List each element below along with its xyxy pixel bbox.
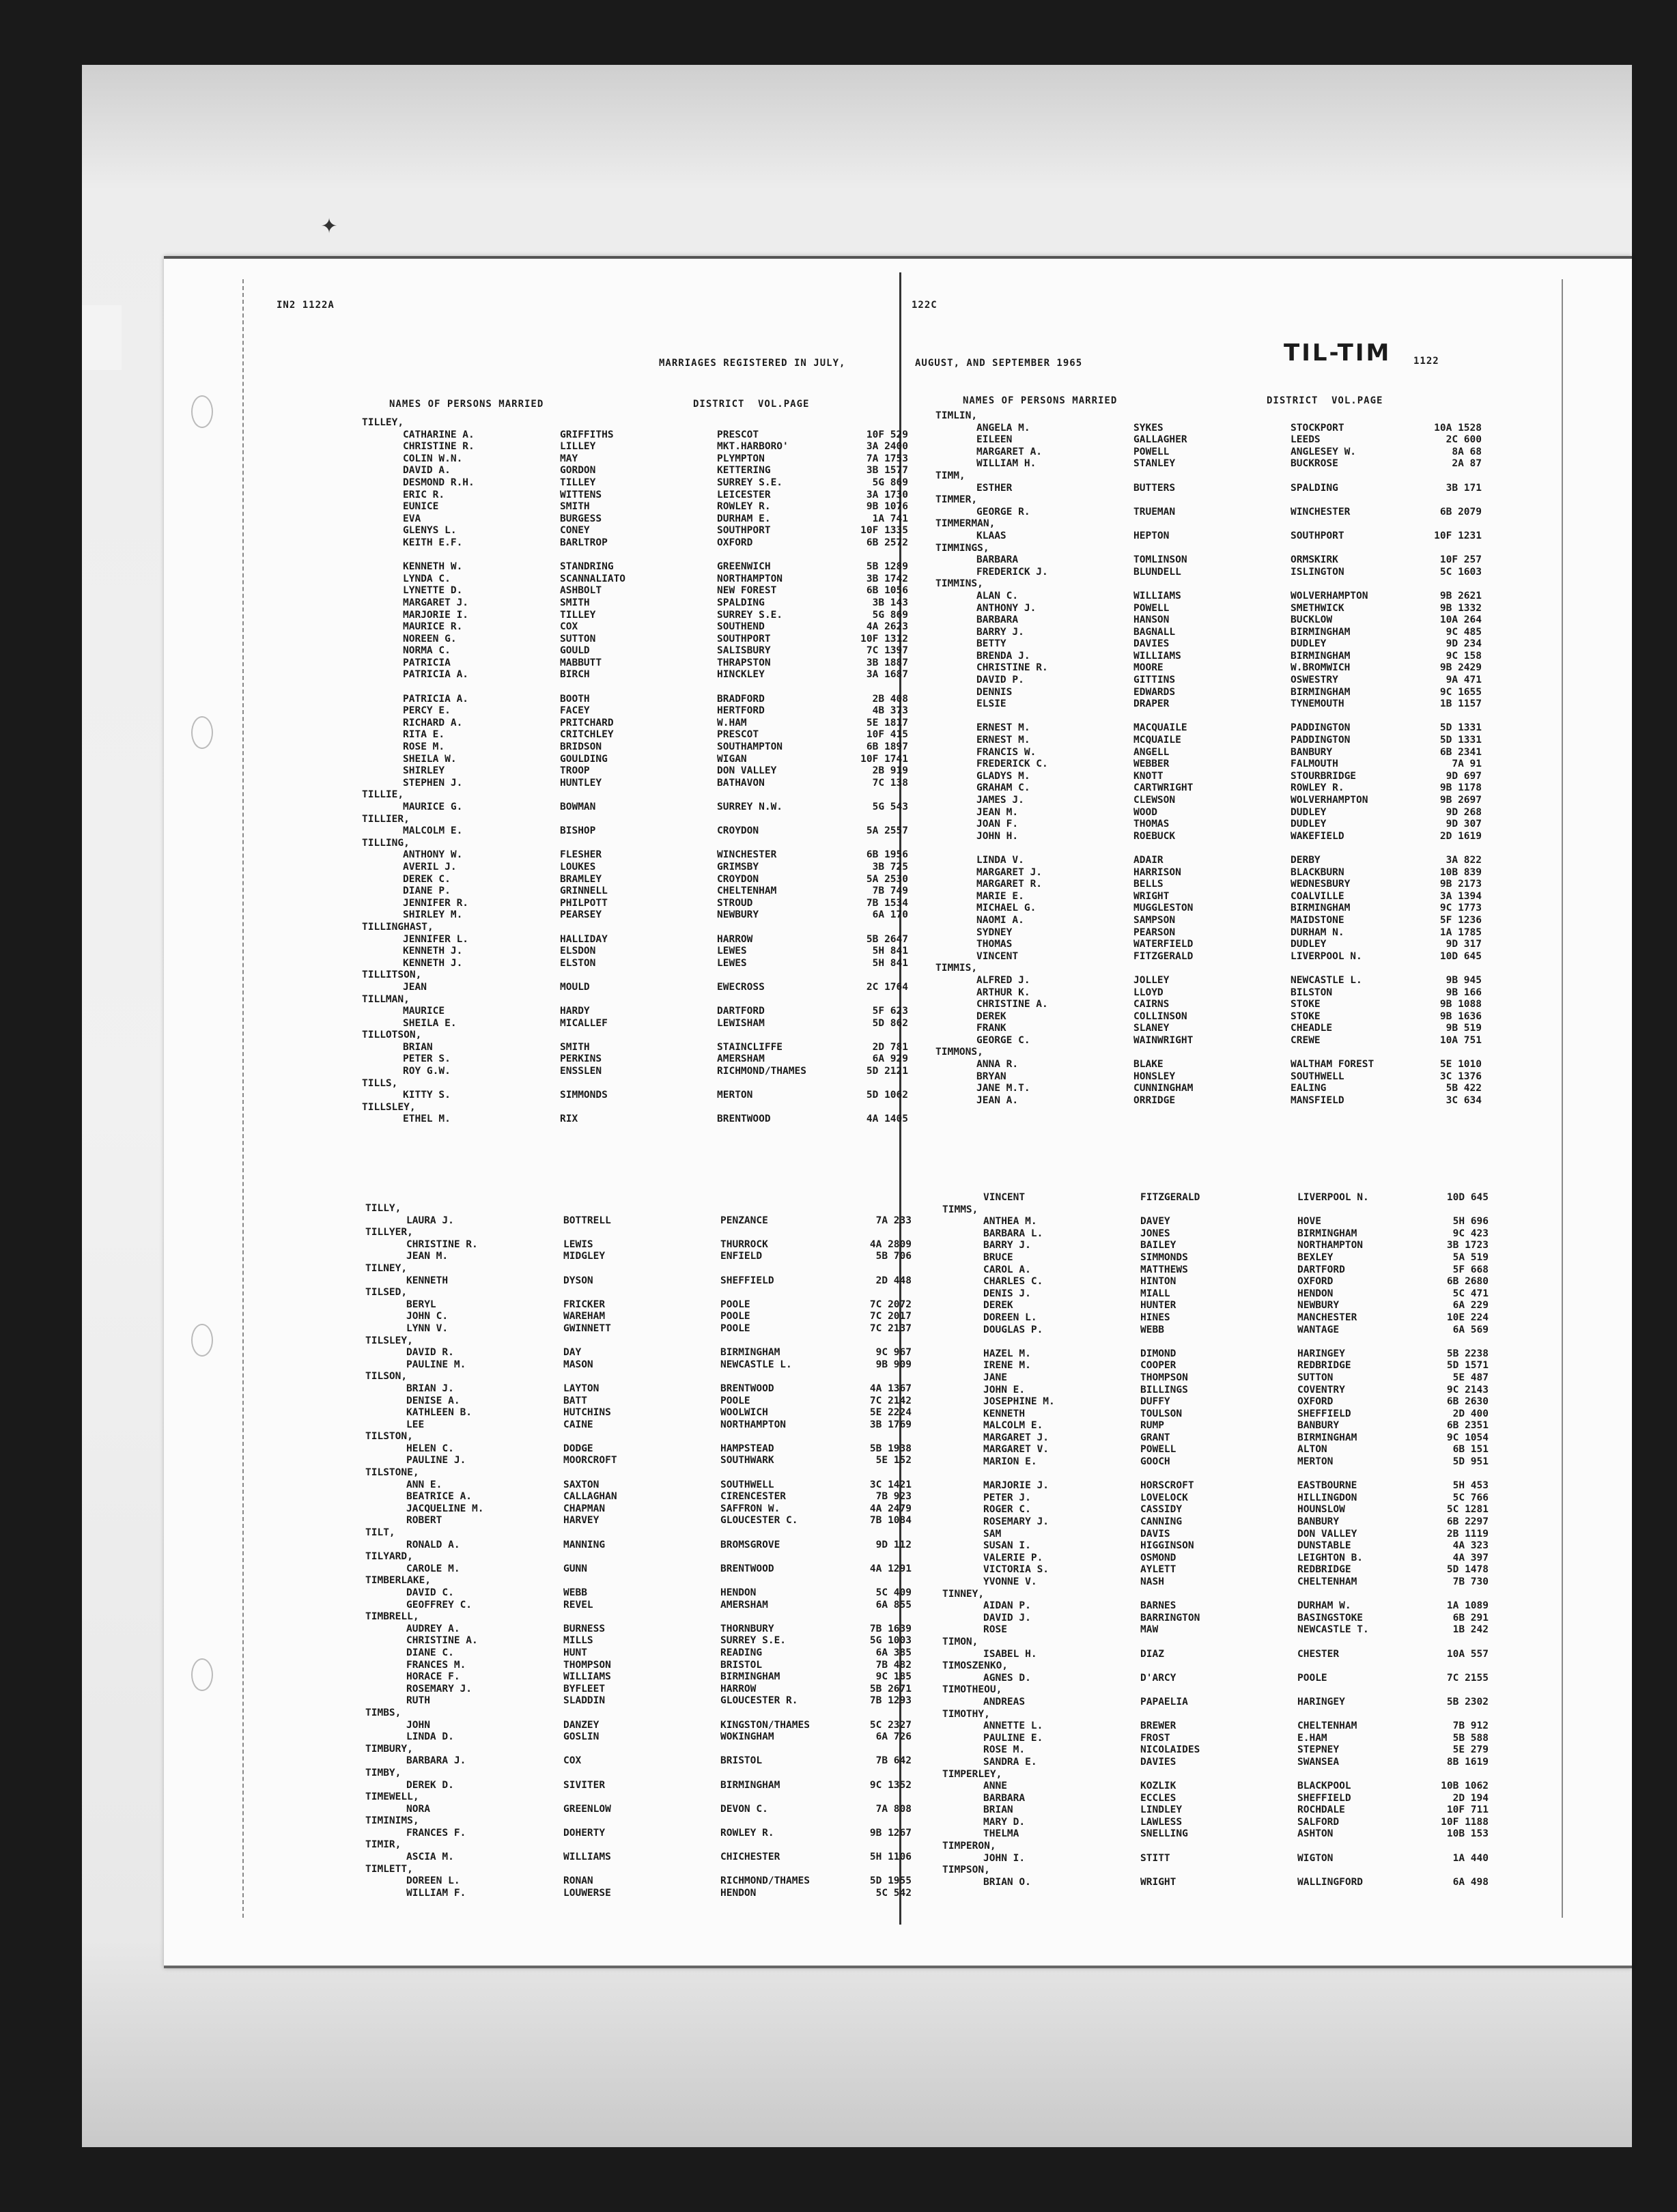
col-header-volpage-left: VOL.PAGE <box>758 399 809 410</box>
vol-page: 7B 642 <box>843 1755 912 1768</box>
vol-page: 2B 1119 <box>1420 1529 1489 1541</box>
district: BRENTWOOD <box>720 1383 774 1395</box>
spouse-surname: SCANNALIATO <box>560 573 625 586</box>
vol-page: 9C 1773 <box>1413 903 1482 915</box>
district: HARINGEY <box>1297 1697 1345 1709</box>
vol-page: 2B 919 <box>840 765 908 778</box>
first-name: PATRICIA A. <box>403 669 468 681</box>
district: SURREY S.E. <box>720 1635 786 1647</box>
vol-page: 7A 91 <box>1413 758 1482 771</box>
district: NEWBURY <box>717 909 759 922</box>
district: OSWESTRY <box>1291 675 1338 687</box>
vol-page: 7C 2142 <box>843 1395 912 1408</box>
first-name: EVA <box>403 513 421 526</box>
vol-page: 6A 726 <box>843 1731 912 1744</box>
marriage-entry: BEATRICE A.CALLAGHANCIRENCESTER7B 923 <box>365 1491 912 1503</box>
first-name: ANTHONY J. <box>976 603 1036 615</box>
spouse-surname: COOPER <box>1140 1360 1176 1372</box>
first-name: ASCIA M. <box>406 1852 454 1864</box>
first-name: ARTHUR K. <box>976 987 1030 999</box>
district: CHICHESTER <box>720 1852 780 1864</box>
surname-heading: TIMBERLAKE, <box>365 1575 912 1587</box>
district: COVENTRY <box>1297 1385 1345 1397</box>
col-header-names-left: NAMES OF PERSONS MARRIED <box>389 399 544 410</box>
spouse-surname: THOMPSON <box>563 1660 611 1672</box>
vol-page: 7C 1397 <box>840 645 908 657</box>
district: NORTHAMPTON <box>717 573 783 586</box>
marriage-entry: VINCENTFITZGERALDLIVERPOOL N.10D 645 <box>942 1192 1489 1204</box>
district: STEPNEY <box>1297 1744 1339 1757</box>
spouse-surname: HARDY <box>560 1006 590 1018</box>
district: POOLE <box>720 1395 750 1408</box>
col-header-district-right: DISTRICT <box>1267 395 1318 406</box>
surname-heading: TILLS, <box>362 1078 908 1090</box>
district: FALMOUTH <box>1291 758 1338 771</box>
marriage-entry: ANGELA M.SYKESSTOCKPORT10A 1528 <box>935 423 1482 435</box>
first-name: COLIN W.N. <box>403 453 462 466</box>
marriage-entry: DESMOND R.H.TILLEYSURREY S.E.5G 869 <box>362 477 908 490</box>
spouse-surname: MUGGLESTON <box>1133 903 1193 915</box>
district: BASINGSTOKE <box>1297 1613 1363 1625</box>
marriage-entry: THELMASNELLINGASHTON10B 153 <box>942 1828 1489 1841</box>
marriage-entry: FRANCIS W.ANGELLBANBURY6B 2341 <box>935 747 1482 759</box>
col-header-volpage-right: VOL.PAGE <box>1331 395 1383 406</box>
surname: TILNEY, <box>365 1263 407 1275</box>
first-name: LAURA J. <box>406 1215 454 1228</box>
spouse-surname: DAVIS <box>1140 1529 1170 1541</box>
first-name: DOUGLAS P. <box>983 1324 1043 1337</box>
first-name: CATHARINE A. <box>403 429 475 442</box>
vol-page: 9B 2429 <box>1413 662 1482 675</box>
vol-page: 8B 1619 <box>1420 1757 1489 1769</box>
spouse-surname: ANGELL <box>1133 747 1169 759</box>
first-name: PETER S. <box>403 1053 451 1066</box>
district: SHEFFIELD <box>1297 1793 1351 1805</box>
spouse-surname: LILLEY <box>560 441 595 453</box>
spouse-surname: ROEBUCK <box>1133 831 1175 843</box>
surname: TILT, <box>365 1527 395 1540</box>
district: BUCKLOW <box>1291 614 1332 627</box>
vol-page: 5B 422 <box>1413 1083 1482 1095</box>
range-title: TIL-TIM <box>1284 339 1391 367</box>
surname-heading: TIMM, <box>935 470 1482 483</box>
spouse-surname: GRIFFITHS <box>560 429 614 442</box>
district: SALFORD <box>1297 1817 1339 1829</box>
surname-heading: TILSTON, <box>365 1431 912 1443</box>
spouse-surname: BILLINGS <box>1140 1385 1188 1397</box>
marriage-entry: LYNN V.GWINNETTPOOLE7C 2137 <box>365 1323 912 1335</box>
marriage-entry: GEORGE C.WAINWRIGHTCREWE10A 751 <box>935 1035 1482 1047</box>
first-name: KENNETH <box>406 1275 448 1288</box>
vol-page: 7B 749 <box>840 885 908 898</box>
vol-page: 9C 1054 <box>1420 1432 1489 1445</box>
surname-heading: TILNEY, <box>365 1263 912 1275</box>
marriage-entry: GEORGE R.TRUEMANWINCHESTER6B 2079 <box>935 507 1482 519</box>
vol-page: 9C 185 <box>843 1671 912 1684</box>
surname-heading: TIMON, <box>942 1636 1489 1649</box>
surname-heading: TIMEWELL, <box>365 1791 912 1804</box>
first-name: GEOFFREY C. <box>406 1600 472 1612</box>
vol-page: 5D 2121 <box>840 1066 908 1078</box>
first-name: SHEILA E. <box>403 1018 457 1030</box>
marriage-entry: BRUCESIMMONDSBEXLEY5A 519 <box>942 1252 1489 1264</box>
spouse-surname: BAILEY <box>1140 1240 1176 1252</box>
vol-page: 5D 1331 <box>1413 722 1482 735</box>
surname: TIMMS, <box>942 1204 978 1217</box>
title-right: AUGUST, AND SEPTEMBER 1965 <box>915 358 1082 369</box>
registration-mark-icon: ✦ <box>321 208 337 240</box>
first-name: BARBARA <box>983 1793 1025 1805</box>
district: ROCHDALE <box>1297 1804 1345 1817</box>
marriage-entry: CAROLE M.GUNNBRENTWOOD4A 1291 <box>365 1563 912 1576</box>
vol-page: 7B 1639 <box>843 1623 912 1636</box>
district: BEXLEY <box>1297 1252 1333 1264</box>
surname-heading: TIMMERMAN, <box>935 518 1482 530</box>
vol-page: 2A 87 <box>1413 458 1482 470</box>
first-name: ROBERT <box>406 1515 442 1527</box>
first-name: ALFRED J. <box>976 975 1030 987</box>
district: SOUTHEND <box>717 621 765 634</box>
district: STOURBRIDGE <box>1291 771 1356 783</box>
first-name: KEITH E.F. <box>403 537 462 550</box>
spouse-surname: DOHERTY <box>563 1828 605 1840</box>
first-name: RUTH <box>406 1695 430 1707</box>
vol-page: 10F 1335 <box>840 525 908 537</box>
spouse-surname: SNELLING <box>1140 1828 1188 1841</box>
marriage-entry: DENIS J.MIALLHENDON5C 471 <box>942 1288 1489 1301</box>
surname-heading: TIMOSZENKO, <box>942 1660 1489 1673</box>
first-name: KLAAS <box>976 530 1006 543</box>
vol-page: 2C 600 <box>1413 434 1482 446</box>
first-name: ESTHER <box>976 483 1012 495</box>
spouse-surname: LINDLEY <box>1140 1804 1182 1817</box>
district: PLYMPTON <box>717 453 765 466</box>
district: ROWLEY R. <box>720 1828 774 1840</box>
spouse-surname: WEBB <box>563 1587 587 1600</box>
first-name: NORMA C. <box>403 645 451 657</box>
vol-page: 9C 967 <box>843 1347 912 1359</box>
first-name: KENNETH J. <box>403 958 462 970</box>
district: CHEADLE <box>1291 1023 1332 1035</box>
first-name: BARRY J. <box>983 1240 1031 1252</box>
district: CHESTER <box>1297 1649 1339 1661</box>
first-name: CAROLE M. <box>406 1563 460 1576</box>
spouse-surname: ADAIR <box>1133 855 1164 867</box>
spouse-surname: JOLLEY <box>1133 975 1169 987</box>
spouse-surname: ENSSLEN <box>560 1066 602 1078</box>
first-name: JEAN A. <box>976 1095 1018 1107</box>
marriage-entry: ESTHERBUTTERSSPALDING3B 171 <box>935 483 1482 495</box>
vol-page: 5E 1817 <box>840 718 908 730</box>
spouse-surname: TILLEY <box>560 610 595 622</box>
marriage-entry: MICHAEL G.MUGGLESTONBIRMINGHAM9C 1773 <box>935 903 1482 915</box>
spouse-surname: ELSDON <box>560 946 595 958</box>
district: DUDLEY <box>1291 638 1326 651</box>
first-name: DOREEN L. <box>983 1312 1037 1324</box>
vol-page: 10F 257 <box>1413 554 1482 567</box>
spouse-surname: WEBBER <box>1133 758 1169 771</box>
vol-page: 9D 268 <box>1413 807 1482 819</box>
vol-page: 9B 1636 <box>1413 1011 1482 1023</box>
spouse-surname: HARRISON <box>1133 867 1181 879</box>
spouse-surname: MICALLEF <box>560 1018 608 1030</box>
upper-left-entries: TILLEY,CATHARINE A.GRIFFITHSPRESCOT10F 5… <box>362 417 908 1126</box>
vol-page: 10A 557 <box>1420 1649 1489 1661</box>
district: MERTON <box>1297 1456 1333 1469</box>
marriage-entry: MARJORIE J.HORSCROFTEASTBOURNE5H 453 <box>942 1480 1489 1492</box>
district: OXFORD <box>1297 1396 1333 1408</box>
first-name: KENNETH <box>983 1408 1025 1421</box>
district: STAINCLIFFE <box>717 1042 783 1054</box>
spouse-surname: PEARSEY <box>560 909 602 922</box>
spouse-surname: TOMLINSON <box>1133 554 1187 567</box>
district: HENDON <box>720 1587 756 1600</box>
spouse-surname: SIMMONDS <box>560 1090 608 1102</box>
marriage-entry: AIDAN P.BARNESDURHAM W.1A 1089 <box>942 1600 1489 1613</box>
spouse-surname: DIAZ <box>1140 1649 1164 1661</box>
spouse-surname: ELSTON <box>560 958 595 970</box>
marriage-entry: SHEILA E.MICALLEFLEWISHAM5D 862 <box>362 1018 908 1030</box>
vol-page: 2D 194 <box>1420 1793 1489 1805</box>
marriage-entry: LYNETTE D.ASHBOLTNEW FOREST6B 1056 <box>362 585 908 597</box>
district: SMETHWICK <box>1291 603 1344 615</box>
marriage-entry: SHIRLEY M.PEARSEYNEWBURY6A 170 <box>362 909 908 922</box>
spouse-surname: GOSLIN <box>563 1731 599 1744</box>
spouse-surname: REVEL <box>563 1600 593 1612</box>
marriage-entry: AUDREY A.BURNESSTHORNBURY7B 1639 <box>365 1623 912 1636</box>
vol-page: 5D 862 <box>840 1018 908 1030</box>
surname: TIMPERLEY, <box>942 1769 1002 1781</box>
surname: TIMEWELL, <box>365 1791 419 1804</box>
vol-page: 4A 323 <box>1420 1540 1489 1552</box>
spouse-surname: DAY <box>563 1347 581 1359</box>
vol-page: 5C 409 <box>843 1587 912 1600</box>
district: DUDLEY <box>1291 807 1326 819</box>
district: AMERSHAM <box>720 1600 768 1612</box>
marriage-entry: VICTORIA S.AYLETTREDBRIDGE5D 1478 <box>942 1564 1489 1576</box>
district: BRISTOL <box>720 1660 762 1672</box>
spouse-surname: LOUKES <box>560 862 595 874</box>
spacer <box>935 842 1482 855</box>
first-name: JANE M.T. <box>976 1083 1030 1095</box>
marriage-entry: RUTHSLADDINGLOUCESTER R.7B 1293 <box>365 1695 912 1707</box>
district: CREWE <box>1291 1035 1321 1047</box>
spouse-surname: BYFLEET <box>563 1684 605 1696</box>
vol-page: 4A 2623 <box>840 621 908 634</box>
district: PADDINGTON <box>1291 735 1350 747</box>
marriage-entry: GLENYS L.CONEYSOUTHPORT10F 1335 <box>362 525 908 537</box>
spouse-surname: BRIDSON <box>560 741 602 754</box>
first-name: GLADYS M. <box>976 771 1030 783</box>
first-name: AGNES D. <box>983 1673 1031 1685</box>
vol-page: 9B 2697 <box>1413 795 1482 807</box>
marriage-entry: MARJORIE I.TILLEYSURREY S.E.5G 869 <box>362 610 908 622</box>
district: HARROW <box>717 934 752 946</box>
vol-page: 1A 1089 <box>1420 1600 1489 1613</box>
district: STOCKPORT <box>1291 423 1344 435</box>
vol-page: 10F 415 <box>840 729 908 741</box>
marriage-entry: CHRISTINE R.LILLEYMKT.HARBORO'3A 2400 <box>362 441 908 453</box>
first-name: DAVID A. <box>403 465 451 477</box>
vol-page: 6B 151 <box>1420 1444 1489 1456</box>
marriage-entry: PATRICIA A.BOOTHBRADFORD2B 408 <box>362 694 908 706</box>
first-name: DAVID J. <box>983 1613 1031 1625</box>
marriage-entry: THOMASWATERFIELDDUDLEY9D 317 <box>935 939 1482 951</box>
surname-heading: TIMBRELL, <box>365 1611 912 1623</box>
spouse-surname: MAY <box>560 453 578 466</box>
first-name: BARBARA <box>976 614 1018 627</box>
vol-page: 3A 1394 <box>1413 891 1482 903</box>
register-page: IN2 1122A 122C MARRIAGES REGISTERED IN J… <box>164 256 1632 1968</box>
marriage-entry: PAULINE M.MASONNEWCASTLE L.9B 909 <box>365 1359 912 1372</box>
vol-page: 10B 839 <box>1413 867 1482 879</box>
district: W.HAM <box>717 718 747 730</box>
district: BIRMINGHAM <box>720 1780 780 1792</box>
vol-page: 7C 2137 <box>843 1323 912 1335</box>
first-name: ELSIE <box>976 698 1006 711</box>
district: MAIDSTONE <box>1291 915 1344 927</box>
spouse-surname: NICOLAIDES <box>1140 1744 1200 1757</box>
marriage-entry: BERYLFRICKERPOOLE7C 2072 <box>365 1299 912 1311</box>
marriage-entry: KLAASHEPTONSOUTHPORT10F 1231 <box>935 530 1482 543</box>
spouse-surname: WAINWRIGHT <box>1133 1035 1193 1047</box>
vol-page: 7A 808 <box>843 1804 912 1816</box>
vol-page: 6B 2572 <box>840 537 908 550</box>
marriage-entry: NAOMI A.SAMPSONMAIDSTONE5F 1236 <box>935 915 1482 927</box>
marriage-entry: MARGARET J.GRANTBIRMINGHAM9C 1054 <box>942 1432 1489 1445</box>
marriage-entry: SHIRLEYTROOPDON VALLEY2B 919 <box>362 765 908 778</box>
first-name: KITTY S. <box>403 1090 451 1102</box>
spouse-surname: WAREHAM <box>563 1311 605 1323</box>
district: LEEDS <box>1291 434 1321 446</box>
vol-page: 3C 634 <box>1413 1095 1482 1107</box>
district: WOKINGHAM <box>720 1731 774 1744</box>
marriage-entry: ASCIA M.WILLIAMSCHICHESTER5H 1106 <box>365 1852 912 1864</box>
first-name: KATHLEEN B. <box>406 1407 472 1419</box>
marriage-entry: PETER J.LOVELOCKHILLINGDON5C 766 <box>942 1492 1489 1505</box>
marriage-entry: JEAN A.ORRIDGEMANSFIELD3C 634 <box>935 1095 1482 1107</box>
first-name: BRENDA J. <box>976 651 1030 663</box>
vol-page: 5B 2302 <box>1420 1697 1489 1709</box>
vol-page: 10B 153 <box>1420 1828 1489 1841</box>
district: NEWCASTLE L. <box>1291 975 1362 987</box>
spouse-surname: COLLINSON <box>1133 1011 1187 1023</box>
district: WINCHESTER <box>1291 507 1350 519</box>
marriage-entry: BETTYDAVIESDUDLEY9D 234 <box>935 638 1482 651</box>
district: KINGSTON/THAMES <box>720 1720 810 1732</box>
district: OXFORD <box>1297 1276 1333 1288</box>
vol-page: 1B 242 <box>1420 1624 1489 1636</box>
marriage-entry: ANN E.SAXTONSOUTHWELL3C 1421 <box>365 1479 912 1492</box>
vol-page: 7A 1753 <box>840 453 908 466</box>
col-header-district-left: DISTRICT <box>693 399 744 410</box>
district: EALING <box>1291 1083 1326 1095</box>
first-name: MALCOLM E. <box>403 825 462 838</box>
marriage-entry: JANETHOMPSONSUTTON5E 487 <box>942 1372 1489 1385</box>
spouse-surname: MOORE <box>1133 662 1164 675</box>
district: COALVILLE <box>1291 891 1344 903</box>
marriage-entry: KITTY S.SIMMONDSMERTON5D 1062 <box>362 1090 908 1102</box>
first-name: MARGARET J. <box>983 1432 1049 1445</box>
vol-page: 4A 2479 <box>843 1503 912 1516</box>
first-name: MICHAEL G. <box>976 903 1036 915</box>
spouse-surname: GWINNETT <box>563 1323 611 1335</box>
district: E.HAM <box>1297 1733 1327 1745</box>
marriage-entry: JENNIFER R.PHILPOTTSTROUD7B 1534 <box>362 898 908 910</box>
spouse-surname: ORRIDGE <box>1133 1095 1175 1107</box>
marriage-entry: DOREEN L.RONANRICHMOND/THAMES5D 1955 <box>365 1875 912 1888</box>
surname-heading: TILLOTSON, <box>362 1030 908 1042</box>
lower-left-entries: TILLY,LAURA J.BOTTRELLPENZANCE7A 233TILL… <box>365 1203 912 1899</box>
title-left: MARRIAGES REGISTERED IN JULY, <box>659 358 845 369</box>
spouse-surname: MCQUAILE <box>1133 735 1181 747</box>
first-name: MARION E. <box>983 1456 1037 1469</box>
marriage-entry: COLIN W.N.MAYPLYMPTON7A 1753 <box>362 453 908 466</box>
first-name: JOHN E. <box>983 1385 1025 1397</box>
first-name: BRUCE <box>983 1252 1013 1264</box>
vol-page: 8A 68 <box>1413 446 1482 459</box>
district: SOUTHAMPTON <box>717 741 783 754</box>
district: BIRMINGHAM <box>1291 627 1350 639</box>
marriage-entry: ANTHONY J.POWELLSMETHWICK9B 1332 <box>935 603 1482 615</box>
first-name: MAURICE <box>403 1006 445 1018</box>
district: HAMPSTEAD <box>720 1443 774 1456</box>
vol-page: 4A 1367 <box>843 1383 912 1395</box>
surname-heading: TILT, <box>365 1527 912 1540</box>
vol-page: 5H 696 <box>1420 1216 1489 1228</box>
spouse-surname: SLADDIN <box>563 1695 605 1707</box>
surname: TIMBERLAKE, <box>365 1575 431 1587</box>
surname-heading: TIMLIN, <box>935 410 1482 423</box>
vol-page: 7B 730 <box>1420 1576 1489 1589</box>
surname-heading: TILSED, <box>365 1287 912 1299</box>
district: W.BROMWICH <box>1291 662 1350 675</box>
district: SOUTHWELL <box>1291 1071 1344 1083</box>
first-name: ROSE <box>983 1624 1007 1636</box>
district: PRESCOT <box>717 729 759 741</box>
spouse-surname: HORSCROFT <box>1140 1480 1194 1492</box>
marriage-entry: JOHN H.ROEBUCKWAKEFIELD2D 1619 <box>935 831 1482 843</box>
surname: TIMMONS, <box>935 1047 983 1059</box>
spacer <box>942 1469 1489 1481</box>
spouse-surname: BARNES <box>1140 1600 1176 1613</box>
first-name: BETTY <box>976 638 1006 651</box>
marriage-entry: CATHARINE A.GRIFFITHSPRESCOT10F 529 <box>362 429 908 442</box>
district: HENDON <box>720 1888 756 1900</box>
spouse-surname: WILLIAMS <box>1133 651 1181 663</box>
spouse-surname: CONEY <box>560 525 590 537</box>
first-name: BRIAN J. <box>406 1383 454 1395</box>
first-name: CHRISTINE R. <box>976 662 1048 675</box>
marriage-entry: DOREEN L.HINESMANCHESTER10E 224 <box>942 1312 1489 1324</box>
vol-page: 5A 519 <box>1420 1252 1489 1264</box>
vol-page: 9C 1655 <box>1413 687 1482 699</box>
vol-page: 10E 224 <box>1420 1312 1489 1324</box>
marriage-entry: ANNETTE L.BREWERCHELTENHAM7B 912 <box>942 1720 1489 1733</box>
spouse-surname: AYLETT <box>1140 1564 1176 1576</box>
marriage-entry: KENNETHTOULSONSHEFFIELD2D 400 <box>942 1408 1489 1421</box>
marriage-entry: ALAN C.WILLIAMSWOLVERHAMPTON9B 2621 <box>935 591 1482 603</box>
surname: TIMMERMAN, <box>935 518 995 530</box>
vol-page: 3C 1376 <box>1413 1071 1482 1083</box>
vol-page: 5C 766 <box>1420 1492 1489 1505</box>
spouse-surname: FROST <box>1140 1733 1170 1745</box>
first-name: JAMES J. <box>976 795 1024 807</box>
spouse-surname: CUNNINGHAM <box>1133 1083 1193 1095</box>
punch-hole <box>191 1658 213 1691</box>
district: GREENWICH <box>717 561 771 573</box>
spouse-surname: HONSLEY <box>1133 1071 1175 1083</box>
